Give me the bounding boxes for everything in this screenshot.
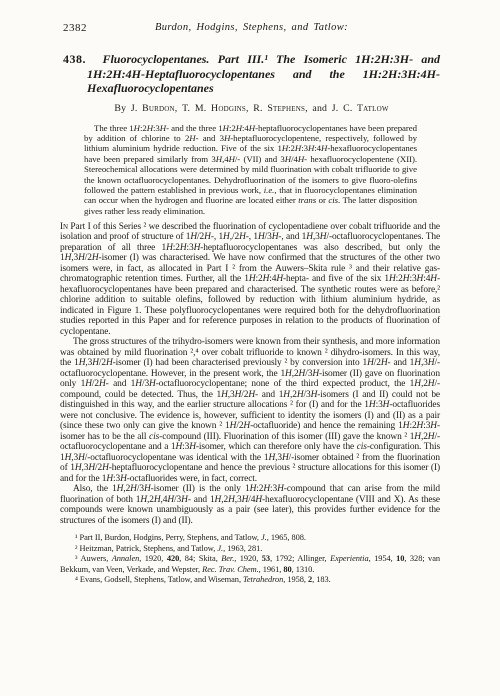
article-number: 438. — [63, 52, 86, 66]
article-body: In Part I of this Series ² we described … — [60, 222, 440, 527]
article-heading: 438. Fluorocyclopentanes. Part III.¹ The… — [63, 52, 440, 96]
article-abstract: The three 1H:2H:3H- and the three 1H:2H:… — [84, 123, 417, 216]
journal-page: 2382 Burdon, Hodgins, Stephens, and Tatl… — [0, 0, 500, 696]
page-header: 2382 Burdon, Hodgins, Stephens, and Tatl… — [63, 22, 440, 36]
body-paragraph: Also, the 1H,2H/3H-isomer (II) is the on… — [60, 484, 440, 526]
footnotes: ¹ Part II, Burdon, Hodgins, Perry, Steph… — [60, 533, 440, 585]
footnote: ³ Auwers, Annalen, 1920, 420, 84; Skita,… — [60, 554, 440, 575]
article-byline: By J. Burdon, T. M. Hodgins, R. Stephens… — [63, 103, 440, 114]
footnote: ¹ Part II, Burdon, Hodgins, Perry, Steph… — [60, 533, 440, 543]
body-paragraph: In Part I of this Series ² we described … — [60, 222, 440, 338]
body-paragraph: The gross structures of the trihydro-iso… — [60, 337, 440, 484]
footnote: ⁴ Evans, Godsell, Stephens, Tatlow, and … — [60, 575, 440, 585]
article-title: Fluorocyclopentanes. Part III.¹ The Isom… — [87, 52, 440, 95]
page-number: 2382 — [63, 22, 87, 34]
running-head: Burdon, Hodgins, Stephens, and Tatlow: — [63, 22, 440, 33]
footnote: ² Heitzman, Patrick, Stephens, and Tatlo… — [60, 544, 440, 554]
